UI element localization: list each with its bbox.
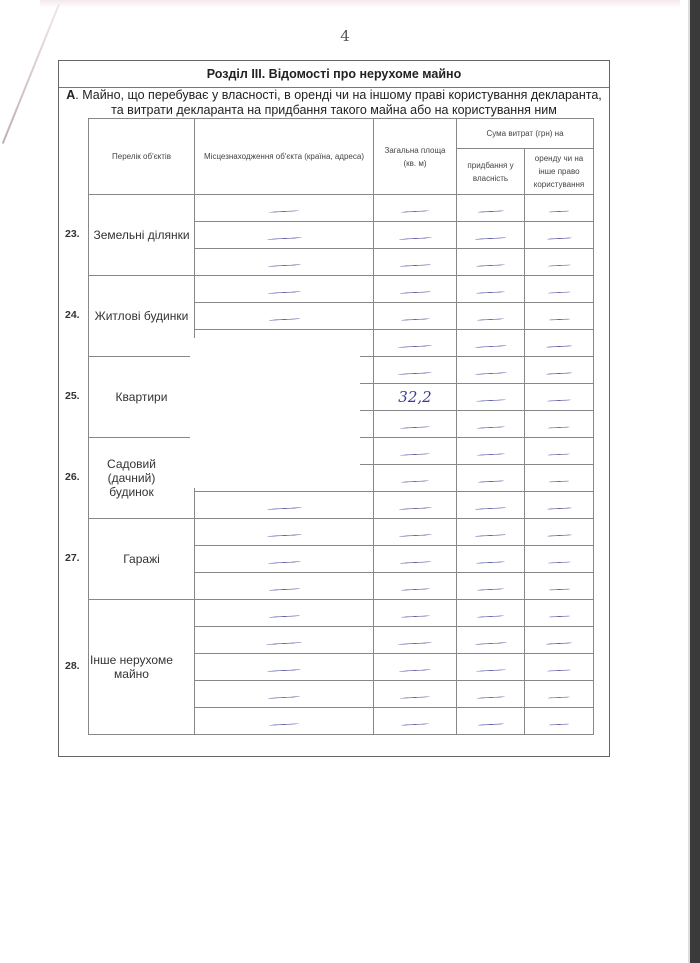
cell-purchase xyxy=(457,222,525,249)
cell-rent xyxy=(525,546,594,573)
handwritten-dash xyxy=(268,696,300,699)
handwritten-dash xyxy=(547,291,570,293)
handwritten-dash xyxy=(546,642,572,644)
cell-rent xyxy=(525,303,594,330)
cell-purchase xyxy=(457,411,525,438)
cell-area xyxy=(374,249,457,276)
handwritten-dash xyxy=(548,318,569,320)
page-number: 4 xyxy=(0,27,690,45)
cell-area xyxy=(374,330,457,357)
scan-artifact-streak xyxy=(2,4,60,144)
row-number: 28. xyxy=(65,660,80,672)
category-label: Квартири xyxy=(89,357,195,438)
handwritten-dash xyxy=(400,426,430,429)
table-row: Житлові будинки xyxy=(89,276,594,303)
cell-area xyxy=(374,411,457,438)
header-rent: оренду чи на інше право користування xyxy=(525,149,594,195)
handwritten-dash xyxy=(267,669,301,672)
subtitle-prefix: А xyxy=(66,88,75,102)
cell-area xyxy=(374,708,457,735)
category-label: Житлові будинки xyxy=(89,276,195,357)
cell-location xyxy=(195,573,374,600)
cell-area xyxy=(374,195,457,222)
handwritten-dash xyxy=(398,345,432,348)
cell-location xyxy=(195,519,374,546)
header-purchase: придбання у власність xyxy=(457,149,525,195)
subtitle-line-1: . Майно, що перебуває у власності, в оре… xyxy=(75,88,602,102)
row-number: 25. xyxy=(65,390,80,402)
subtitle-line-2: та витрати декларанта на придбання таког… xyxy=(59,103,609,118)
cell-area: 32,2 xyxy=(374,384,457,411)
cell-area xyxy=(374,546,457,573)
handwritten-dash xyxy=(548,615,569,617)
handwritten-dash xyxy=(267,264,300,267)
handwritten-dash xyxy=(266,642,302,645)
cell-rent xyxy=(525,708,594,735)
handwritten-dash xyxy=(476,696,504,698)
cell-purchase xyxy=(457,492,525,519)
handwritten-dash xyxy=(269,210,299,213)
handwritten-dash xyxy=(475,507,506,510)
handwritten-dash xyxy=(476,561,505,564)
cell-area xyxy=(374,438,457,465)
handwritten-dash xyxy=(474,642,506,645)
table-row: Гаражі xyxy=(89,519,594,546)
handwritten-dash xyxy=(398,507,431,510)
cell-purchase xyxy=(457,384,525,411)
handwritten-dash xyxy=(399,291,430,294)
cell-location xyxy=(195,708,374,735)
cell-location xyxy=(195,303,374,330)
section-title: Розділ III. Відомості про нерухоме майно xyxy=(59,61,609,88)
section-subtitle: А. Майно, що перебуває у власності, в ор… xyxy=(59,88,609,118)
handwritten-dash xyxy=(548,453,570,455)
cell-location xyxy=(195,681,374,708)
handwritten-dash xyxy=(266,237,301,240)
cell-location xyxy=(195,249,374,276)
cell-purchase xyxy=(457,573,525,600)
handwritten-dash xyxy=(546,534,571,536)
cell-purchase xyxy=(457,627,525,654)
handwritten-dash xyxy=(268,615,299,618)
handwritten-dash xyxy=(398,642,432,645)
table-row: Інше нерухоме майно xyxy=(89,600,594,627)
handwritten-dash xyxy=(268,588,299,591)
handwritten-dash xyxy=(266,507,301,510)
cell-rent xyxy=(525,330,594,357)
cell-rent xyxy=(525,249,594,276)
handwritten-dash xyxy=(398,534,431,537)
cell-area xyxy=(374,222,457,249)
cell-purchase xyxy=(457,276,525,303)
handwritten-dash xyxy=(477,210,503,212)
cell-purchase xyxy=(457,519,525,546)
cell-purchase xyxy=(457,708,525,735)
handwritten-dash xyxy=(547,561,570,563)
handwritten-dash xyxy=(399,669,431,672)
cell-rent xyxy=(525,195,594,222)
cell-area xyxy=(374,573,457,600)
handwritten-dash xyxy=(546,372,572,374)
row-number: 27. xyxy=(65,552,80,564)
row-number: 23. xyxy=(65,228,80,240)
handwritten-dash xyxy=(547,399,571,401)
handwritten-dash xyxy=(477,480,503,482)
cell-rent xyxy=(525,681,594,708)
redacted-area xyxy=(190,338,360,488)
cell-location xyxy=(195,222,374,249)
handwritten-dash xyxy=(268,318,299,321)
cell-location xyxy=(195,627,374,654)
header-objects: Перелік об'єктів xyxy=(89,119,195,195)
handwritten-dash xyxy=(477,723,503,725)
cell-area xyxy=(374,654,457,681)
category-label: Садовий (дачний) будинок xyxy=(89,438,195,519)
handwritten-dash xyxy=(398,372,432,375)
category-label: Інше нерухоме майно xyxy=(89,600,195,735)
handwritten-dash xyxy=(476,426,504,428)
category-label: Земельні ділянки xyxy=(89,195,195,276)
cell-area xyxy=(374,465,457,492)
category-label: Гаражі xyxy=(89,519,195,600)
cell-area xyxy=(374,519,457,546)
handwritten-dash xyxy=(475,669,505,672)
cell-rent xyxy=(525,384,594,411)
cell-purchase xyxy=(457,681,525,708)
cell-location xyxy=(195,600,374,627)
cell-rent xyxy=(525,276,594,303)
cell-location xyxy=(195,546,374,573)
handwritten-dash xyxy=(400,615,429,618)
header-expenses-group: Сума витрат (грн) на xyxy=(457,119,594,149)
handwritten-dash xyxy=(546,237,571,239)
cell-purchase xyxy=(457,357,525,384)
handwritten-dash xyxy=(267,291,300,294)
cell-purchase xyxy=(457,465,525,492)
handwritten-dash xyxy=(474,372,506,375)
handwritten-dash xyxy=(475,534,506,537)
handwritten-dash xyxy=(477,615,504,617)
cell-purchase xyxy=(457,600,525,627)
cell-rent xyxy=(525,492,594,519)
handwritten-dash xyxy=(399,561,430,564)
handwritten-dash xyxy=(547,669,571,671)
handwritten-dash xyxy=(546,507,571,509)
handwritten-dash xyxy=(399,264,430,267)
cell-purchase xyxy=(457,303,525,330)
cell-rent xyxy=(525,600,594,627)
cell-purchase xyxy=(457,195,525,222)
handwritten-dash xyxy=(401,480,429,482)
cell-purchase xyxy=(457,654,525,681)
handwritten-dash xyxy=(548,426,570,428)
cell-rent xyxy=(525,465,594,492)
cell-area xyxy=(374,276,457,303)
handwritten-dash xyxy=(269,723,299,726)
header-location: Місцезнаходження об'єкта (країна, адреса… xyxy=(195,119,374,195)
handwritten-dash xyxy=(476,264,505,267)
cell-rent xyxy=(525,654,594,681)
handwritten-dash xyxy=(549,210,569,212)
table-row: Земельні ділянки xyxy=(89,195,594,222)
handwritten-dash xyxy=(400,453,430,456)
cell-area xyxy=(374,600,457,627)
handwritten-dash xyxy=(477,318,504,320)
cell-rent xyxy=(525,573,594,600)
handwritten-dash xyxy=(401,210,429,212)
handwritten-dash xyxy=(476,291,505,294)
cell-purchase xyxy=(457,438,525,465)
scan-top-shade xyxy=(40,0,680,8)
scan-dark-edge xyxy=(690,0,700,963)
handwritten-dash xyxy=(548,588,569,590)
cell-purchase xyxy=(457,249,525,276)
handwritten-dash xyxy=(400,588,429,591)
cell-rent xyxy=(525,357,594,384)
handwritten-dash xyxy=(400,696,430,699)
handwritten-dash xyxy=(475,237,506,240)
cell-location xyxy=(195,195,374,222)
handwritten-dash xyxy=(474,345,506,348)
cell-rent xyxy=(525,627,594,654)
cell-rent xyxy=(525,519,594,546)
cell-location xyxy=(195,654,374,681)
cell-area xyxy=(374,357,457,384)
handwritten-dash xyxy=(476,453,504,455)
handwritten-dash xyxy=(546,345,572,347)
cell-rent xyxy=(525,411,594,438)
row-number: 26. xyxy=(65,471,80,483)
handwritten-dash xyxy=(475,399,505,402)
handwritten-dash xyxy=(477,588,504,590)
header-area: Загальна площа (кв. м) xyxy=(374,119,457,195)
handwritten-dash xyxy=(266,534,301,537)
handwritten-dash xyxy=(400,318,429,321)
cell-area xyxy=(374,303,457,330)
cell-area xyxy=(374,492,457,519)
cell-rent xyxy=(525,438,594,465)
cell-location xyxy=(195,492,374,519)
cell-location xyxy=(195,276,374,303)
handwritten-value: 32,2 xyxy=(398,388,431,406)
handwritten-dash xyxy=(398,237,431,240)
cell-purchase xyxy=(457,330,525,357)
row-number: 24. xyxy=(65,309,80,321)
handwritten-dash xyxy=(401,723,429,725)
cell-area xyxy=(374,627,457,654)
handwritten-dash xyxy=(549,480,569,482)
handwritten-dash xyxy=(549,723,569,725)
cell-purchase xyxy=(457,546,525,573)
handwritten-dash xyxy=(547,264,570,266)
cell-area xyxy=(374,681,457,708)
cell-rent xyxy=(525,222,594,249)
handwritten-dash xyxy=(267,561,300,564)
handwritten-dash xyxy=(548,696,570,698)
